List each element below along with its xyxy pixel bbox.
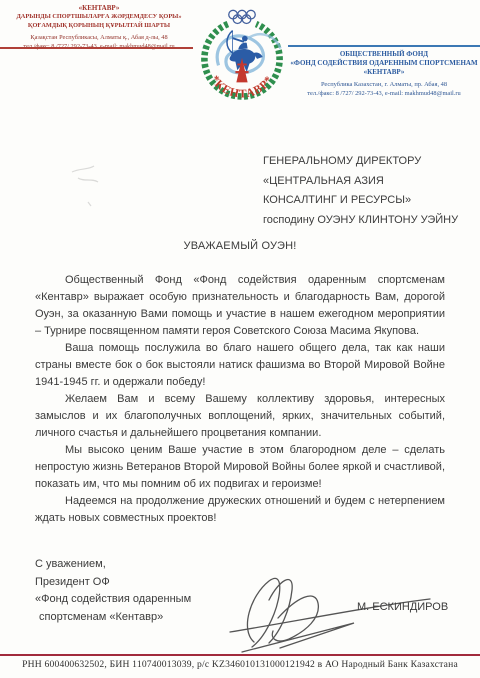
letterhead-right-subtitle1: «ФОНД СОДЕЙСТВИЯ ОДАРЕННЫМ СПОРТСМЕНАМ (290, 59, 478, 68)
paragraph: Ваша помощь послужила во благо нашего об… (35, 340, 445, 391)
header-rule-left (0, 47, 193, 49)
letterhead-left-title: «КЕНТАВР» (4, 4, 194, 13)
letterhead-right-address: Республика Казахстан, г. Алматы, пр. Аба… (290, 80, 478, 89)
letterhead-right-contacts: тел./факс: 8 /727/ 292-73-43, e-mail: ma… (290, 89, 478, 98)
footer-rule (0, 654, 480, 656)
letterhead-left: «КЕНТАВР» ДАРЫНДЫ СПОРТШЫЛАРҒА ЖӘРДЕМДЕС… (4, 4, 194, 52)
paragraph: Мы высоко ценим Ваше участие в этом благ… (35, 442, 445, 493)
letterhead-left-address: Қазақстан Республикасы, Алматы қ., Абая … (4, 34, 194, 43)
letterhead-right-title: ОБЩЕСТВЕННЫЙ ФОНД (290, 50, 478, 59)
footer-bank-details: РНН 600400632502, БИН 110740013039, р/с … (0, 659, 480, 670)
paragraph: Желаем Вам и всему Вашему коллективу здо… (35, 391, 445, 442)
signoff-block: С уважением, Президент ОФ «Фонд содейств… (35, 556, 191, 626)
recipient-block: ГЕНЕРАЛЬНОМУ ДИРЕКТОРУ «ЦЕНТРАЛЬНАЯ АЗИЯ… (263, 152, 458, 230)
signoff-line: С уважением, (35, 556, 191, 574)
letterhead-right-subtitle2: «КЕНТАВР» (290, 68, 478, 77)
letter-body: Общественный Фонд «Фонд содействия одаре… (35, 272, 445, 527)
pencil-marks-icon (68, 158, 113, 208)
centaur-logo: *КЕНТАВР* (195, 7, 289, 105)
letterhead-right: ОБЩЕСТВЕННЫЙ ФОНД «ФОНД СОДЕЙСТВИЯ ОДАРЕ… (290, 50, 478, 98)
letterhead-left-subtitle2: ҚОҒАМДЫҚ ҚОРЫНЫҢ ҚҰРЫЛТАЙ ШАРТЫ (4, 22, 194, 31)
recipient-line: «ЦЕНТРАЛЬНАЯ АЗИЯ (263, 172, 458, 192)
paragraph: Общественный Фонд «Фонд содействия одаре… (35, 272, 445, 340)
signoff-line: «Фонд содействия одаренным (35, 591, 191, 609)
letter-page: «КЕНТАВР» ДАРЫНДЫ СПОРТШЫЛАРҒА ЖӘРДЕМДЕС… (0, 0, 480, 678)
signer-name: М. ЕСКИНДИРОВ (357, 601, 448, 613)
paragraph: Надеемся на продолжение дружеских отноше… (35, 493, 445, 527)
signoff-line: спортсменам «Кентавр» (35, 609, 191, 627)
recipient-line: КОНСАЛТИНГ И РЕСУРСЫ» (263, 191, 458, 211)
olympic-rings-icon (229, 10, 256, 23)
recipient-line: господину ОУЭНУ КЛИНТОНУ УЭЙНУ (263, 211, 458, 231)
letterhead-left-subtitle1: ДАРЫНДЫ СПОРТШЫЛАРҒА ЖӘРДЕМДЕСУ ҚОРЫ» (4, 13, 194, 22)
salutation: УВАЖАЕМЫЙ ОУЭН! (35, 240, 445, 252)
signoff-line: Президент ОФ (35, 574, 191, 592)
recipient-line: ГЕНЕРАЛЬНОМУ ДИРЕКТОРУ (263, 152, 458, 172)
header-rule-right (288, 45, 480, 47)
